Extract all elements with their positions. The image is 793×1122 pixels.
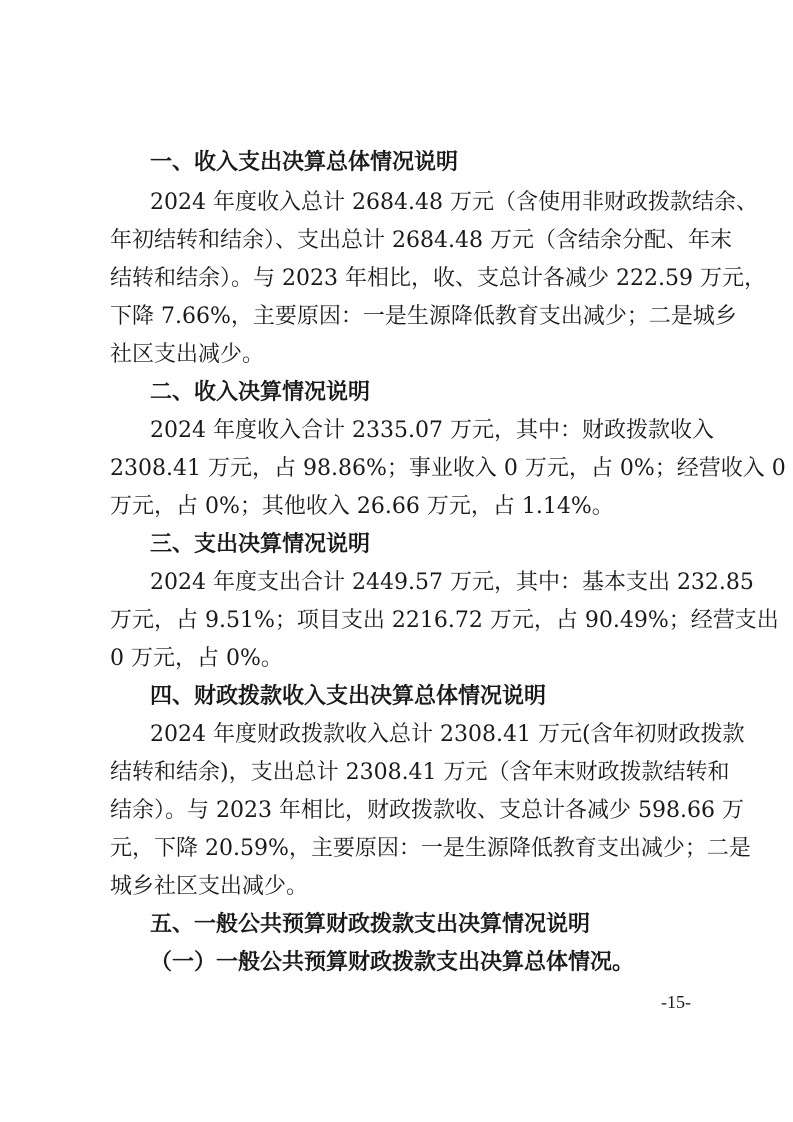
section-2-line-2: 2308.41 万元，占 98.86%；事业收入 0 万元，占 0%；经营收入 …	[110, 450, 692, 488]
section-2-line-1: 2024 年度收入合计 2335.07 万元，其中：财政拨款收入	[150, 412, 692, 450]
section-4-line-5: 城乡社区支出减少。	[110, 868, 692, 906]
section-1-heading: 一、收入支出决算总体情况说明	[150, 144, 692, 182]
section-4-line-3: 结余）。与 2023 年相比，财政拨款收、支总计各减少 598.66 万	[110, 792, 692, 830]
section-3-line-3: 0 万元，占 0%。	[110, 640, 692, 678]
section-5-subheading: （一）一般公共预算财政拨款支出决算总体情况。	[150, 944, 732, 982]
section-1-line-2: 年初结转和结余）、支出总计 2684.48 万元（含结余分配、年末	[110, 222, 692, 260]
section-2-line-3: 万元，占 0%；其他收入 26.66 万元，占 1.14%。	[110, 488, 692, 526]
section-1-line-3: 结转和结余）。与 2023 年相比，收、支总计各减少 222.59 万元，	[110, 260, 692, 298]
section-4-line-4: 元，下降 20.59%，主要原因：一是生源降低教育支出减少；二是	[110, 830, 692, 868]
section-1-line-4: 下降 7.66%，主要原因：一是生源降低教育支出减少；二是城乡	[110, 298, 692, 336]
section-2-heading: 二、收入决算情况说明	[150, 374, 692, 412]
section-4-line-1: 2024 年度财政拨款收入总计 2308.41 万元(含年初财政拨款	[150, 716, 692, 754]
section-3-line-1: 2024 年度支出合计 2449.57 万元，其中：基本支出 232.85	[150, 564, 692, 602]
section-3-heading: 三、支出决算情况说明	[150, 526, 692, 564]
section-5-heading: 五、一般公共预算财政拨款支出决算情况说明	[150, 906, 692, 944]
section-1-line-1: 2024 年度收入总计 2684.48 万元（含使用非财政拨款结余、	[150, 184, 692, 222]
section-1-line-5: 社区支出减少。	[110, 336, 692, 374]
section-3-line-2: 万元，占 9.51%；项目支出 2216.72 万元，占 90.49%；经营支出	[110, 602, 692, 640]
section-4-heading: 四、财政拨款收入支出决算总体情况说明	[150, 678, 692, 716]
page-number: -15-	[661, 992, 691, 1013]
section-4-line-2: 结转和结余)，支出总计 2308.41 万元（含年末财政拨款结转和	[110, 754, 692, 792]
